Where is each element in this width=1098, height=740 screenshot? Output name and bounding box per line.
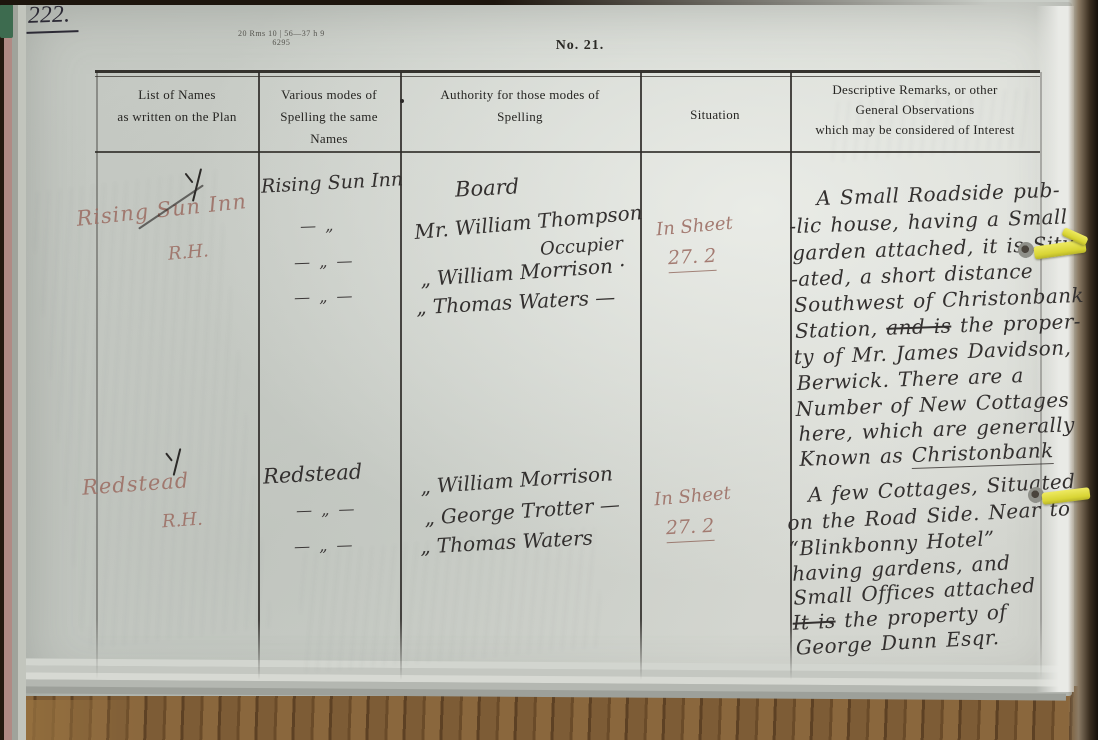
book-spine-edge <box>0 0 26 740</box>
column-rule-3 <box>640 72 642 680</box>
row1-ditto-3: — „ — <box>294 286 355 307</box>
header-line: Authority for those modes of <box>402 84 638 106</box>
top-shadow-edge <box>0 0 1098 5</box>
row1-remarks-block: A Small Roadside pub- -lic house, having… <box>788 177 1088 482</box>
printer-imprint-line2: 6295 <box>238 38 325 47</box>
form-number: No. 21. <box>500 38 660 54</box>
scanned-name-book-page: 222. 20 Rms 10 | 56—37 h 9 6295 No. 21. … <box>0 0 1098 740</box>
header-line: List of Names <box>98 84 256 106</box>
folio-number: 222. <box>25 1 78 34</box>
column-rule-left <box>96 72 98 680</box>
header-line: General Observations <box>792 100 1038 120</box>
header-line: which may be considered of Interest <box>792 120 1038 140</box>
header-line: Descriptive Remarks, or other <box>792 80 1038 100</box>
printer-imprint: 20 Rms 10 | 56—37 h 9 6295 <box>238 29 325 47</box>
row1-authority-board: Board <box>454 174 519 201</box>
header-various-modes: Various modes of Spelling the same Names <box>260 84 398 150</box>
struck-words: It is <box>792 609 836 635</box>
remarks-text: Known as <box>799 443 903 471</box>
remarks-text: Station, <box>795 316 878 343</box>
printer-imprint-line1: 20 Rms 10 | 56—37 h 9 <box>238 29 325 38</box>
row1-ditto-2: — „ — <box>294 251 355 272</box>
row2-ditto-2: — „ — <box>294 535 355 556</box>
row1-plan-initials: R.H. <box>167 240 209 264</box>
header-line: Various modes of <box>260 84 398 106</box>
row2-situation-ref: 27. 2 <box>665 515 715 543</box>
header-line: Spelling the same Names <box>260 106 398 150</box>
header-line: Situation <box>642 104 788 126</box>
struck-words: and is <box>886 314 952 340</box>
underlined-name: Christonbank <box>911 438 1054 469</box>
row2-ditto-1: — „ — <box>296 499 357 520</box>
header-authority: Authority for those modes of Spelling <box>402 84 638 128</box>
remarks-text: the proper- <box>960 309 1082 337</box>
table-top-rule-thin <box>95 76 1040 77</box>
row2-plan-initials: R.H. <box>161 509 203 533</box>
header-descriptive-remarks: Descriptive Remarks, or other General Ob… <box>792 80 1038 140</box>
ink-dot <box>400 99 404 103</box>
table-top-rule-thick <box>95 70 1040 73</box>
column-rule-1 <box>258 72 260 680</box>
header-bottom-rule <box>95 151 1040 153</box>
header-list-of-names: List of Names as written on the Plan <box>98 84 256 128</box>
column-rule-2 <box>400 72 402 680</box>
binding-corner-mark <box>0 4 13 38</box>
row1-situation-ref: 27. 2 <box>667 245 717 273</box>
punch-hole <box>1018 242 1034 258</box>
header-line: as written on the Plan <box>98 106 256 128</box>
row1-ditto-1: — „ <box>300 215 336 235</box>
header-situation: Situation <box>642 104 788 126</box>
header-line: Spelling <box>402 106 638 128</box>
